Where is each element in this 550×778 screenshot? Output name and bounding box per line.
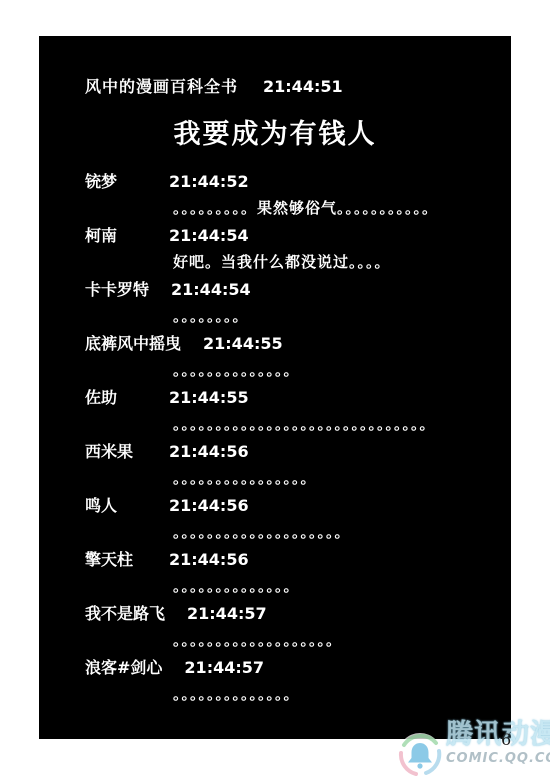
- page-number: 6: [501, 730, 511, 749]
- chat-message: 。。。。。。。。。。。。。。: [39, 685, 511, 703]
- publisher-watermark: 腾讯动漫 COMIC.QQ.COM: [396, 718, 550, 778]
- watermark-brand-text: 腾讯动漫: [446, 720, 550, 750]
- chat-timestamp: 21:44:56: [169, 442, 249, 462]
- chat-timestamp: 21:44:56: [169, 550, 249, 570]
- chat-username: 卡卡罗特: [85, 280, 149, 300]
- chat-entry: 鸣人 21:44:56 。。。。。。。。。。。。。。。。。。。。: [39, 496, 511, 541]
- chat-username: 我不是路飞: [85, 604, 165, 624]
- chat-message: 。。。。。。。。。果然够俗气。。。。。。。。。。。: [39, 199, 511, 217]
- chat-message: 。。。。。。。。。。。。。。。。。。。: [39, 631, 511, 649]
- chat-message: 。。。。。。。。。。。。。。: [39, 577, 511, 595]
- comic-page: 风中的漫画百科全书 21:44:51 我要成为有钱人 铳梦 21:44:52 。…: [0, 0, 550, 778]
- chat-header: 风中的漫画百科全书 21:44:51: [39, 78, 511, 96]
- chat-header-time: 21:44:51: [263, 78, 343, 96]
- chat-entry: 西米果 21:44:56 。。。。。。。。。。。。。。。。: [39, 442, 511, 487]
- chat-entry: 卡卡罗特 21:44:54 。。。。。。。。: [39, 280, 511, 325]
- chat-log: 铳梦 21:44:52 。。。。。。。。。果然够俗气。。。。。。。。。。。 柯南…: [39, 172, 511, 703]
- chat-entry: 佐助 21:44:55 。。。。。。。。。。。。。。。。。。。。。。。。。。。。…: [39, 388, 511, 433]
- chat-message: 好吧。当我什么都没说过。。。。: [39, 253, 511, 271]
- qq-comic-logo-icon: [396, 731, 444, 778]
- chat-username: 鸣人: [85, 496, 147, 516]
- chat-username: 擎天柱: [85, 550, 147, 570]
- chat-message: 。。。。。。。。。。。。。。: [39, 361, 511, 379]
- chat-timestamp: 21:44:52: [169, 172, 249, 192]
- chat-timestamp: 21:44:55: [169, 388, 249, 408]
- chat-username: 铳梦: [85, 172, 147, 192]
- chat-username: 佐助: [85, 388, 147, 408]
- chat-message: 。。。。。。。。。。。。。。。。: [39, 469, 511, 487]
- chat-timestamp: 21:44:54: [169, 226, 249, 246]
- comic-panel: 风中的漫画百科全书 21:44:51 我要成为有钱人 铳梦 21:44:52 。…: [39, 36, 511, 739]
- watermark-url-text: COMIC.QQ.COM: [446, 752, 550, 766]
- chat-timestamp: 21:44:56: [169, 496, 249, 516]
- chat-username: 浪客#剑心: [85, 658, 162, 678]
- chat-username: 西米果: [85, 442, 147, 462]
- page-title: 我要成为有钱人: [39, 120, 511, 150]
- chat-message: 。。。。。。。。。。。。。。。。。。。。: [39, 523, 511, 541]
- chat-entry: 擎天柱 21:44:56 。。。。。。。。。。。。。。: [39, 550, 511, 595]
- chat-timestamp: 21:44:54: [171, 280, 251, 300]
- chat-timestamp: 21:44:55: [203, 334, 283, 354]
- chat-username: 底裤风中摇曳: [85, 334, 181, 354]
- chat-entry: 柯南 21:44:54 好吧。当我什么都没说过。。。。: [39, 226, 511, 271]
- chat-entry: 铳梦 21:44:52 。。。。。。。。。果然够俗气。。。。。。。。。。。: [39, 172, 511, 217]
- chat-room-title: 风中的漫画百科全书: [85, 78, 238, 96]
- chat-timestamp: 21:44:57: [184, 658, 264, 678]
- chat-message: 。。。。。。。。: [39, 307, 511, 325]
- chat-entry: 浪客#剑心 21:44:57 。。。。。。。。。。。。。。: [39, 658, 511, 703]
- chat-message: 。。。。。。。。。。。。。。。。。。。。。。。。。。。。。。: [39, 415, 511, 433]
- chat-username: 柯南: [85, 226, 147, 246]
- chat-entry: 我不是路飞 21:44:57 。。。。。。。。。。。。。。。。。。。: [39, 604, 511, 649]
- chat-timestamp: 21:44:57: [187, 604, 267, 624]
- chat-entry: 底裤风中摇曳 21:44:55 。。。。。。。。。。。。。。: [39, 334, 511, 379]
